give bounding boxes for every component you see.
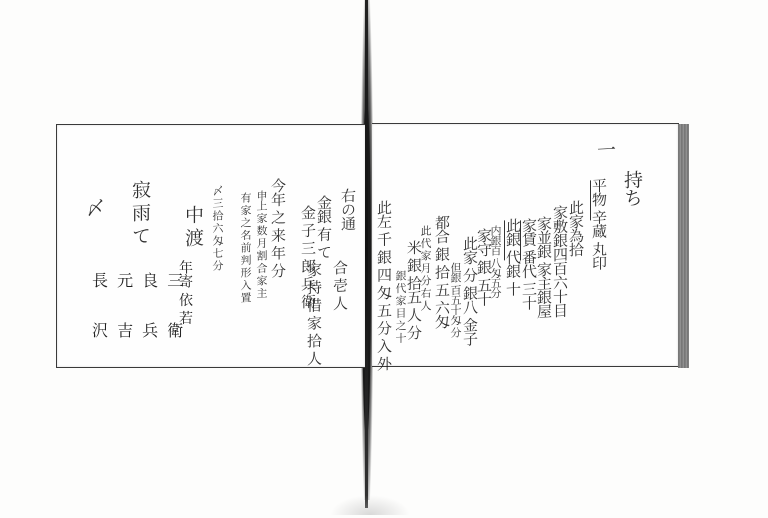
text-column: 合 壱 人 [332, 260, 347, 310]
text-column: 中 渡 [183, 205, 202, 247]
text-column: 家敷銀四百六十目 [552, 205, 567, 318]
text-column: 右の通 [340, 188, 355, 231]
text-column: 一 [595, 140, 614, 159]
text-column: 有 家 之 名 前 判 形 入 置 [240, 192, 251, 303]
spine-core [365, 0, 368, 508]
text-column: 申上 家 数 月 割 合 家 主 [256, 190, 267, 298]
text-column: 今年 之 来 年 分 [270, 178, 285, 278]
text-column: 此家 分 銀八 金子 [462, 236, 477, 346]
page-stack-edge [678, 124, 689, 368]
text-column: 〆 三 拾 六 匁 七 分 [212, 185, 223, 271]
text-column: 家 持 借 家 拾 人 [306, 262, 321, 366]
text-column: 但銀 百五十匁 分 [450, 262, 461, 338]
text-column: 都合 銀 拾 五 六匁 [434, 215, 449, 329]
signature-row-2: 沢 吉 兵 衛 [92, 318, 185, 341]
text-column: 此家為拾 [568, 200, 583, 257]
text-column: 持ち [622, 170, 641, 207]
text-column: 寂 雨 て [130, 180, 149, 245]
text-column: 米 銀 拾五 人 分 [406, 240, 421, 340]
spine-fade [330, 495, 410, 515]
text-column: 〆 [84, 198, 103, 217]
text-column: 家並銀 家主銀屋 [536, 216, 551, 319]
signature-row-1: 長 元 良 三 [92, 268, 185, 291]
text-column: 此左 千 銀 四 匁 五 分 入 外 [376, 200, 391, 371]
text-column: 平物 辛蔵 丸印 [590, 178, 606, 270]
text-column: 金銀 有 て [316, 195, 331, 259]
text-column: 家賃 番代 三十 [520, 218, 536, 310]
text-column: 此銀 代銀 十 [504, 218, 520, 296]
text-column: 銀 代 家 目 之 十 [395, 270, 406, 343]
signature-label: 年寄 依 若 [175, 260, 195, 325]
